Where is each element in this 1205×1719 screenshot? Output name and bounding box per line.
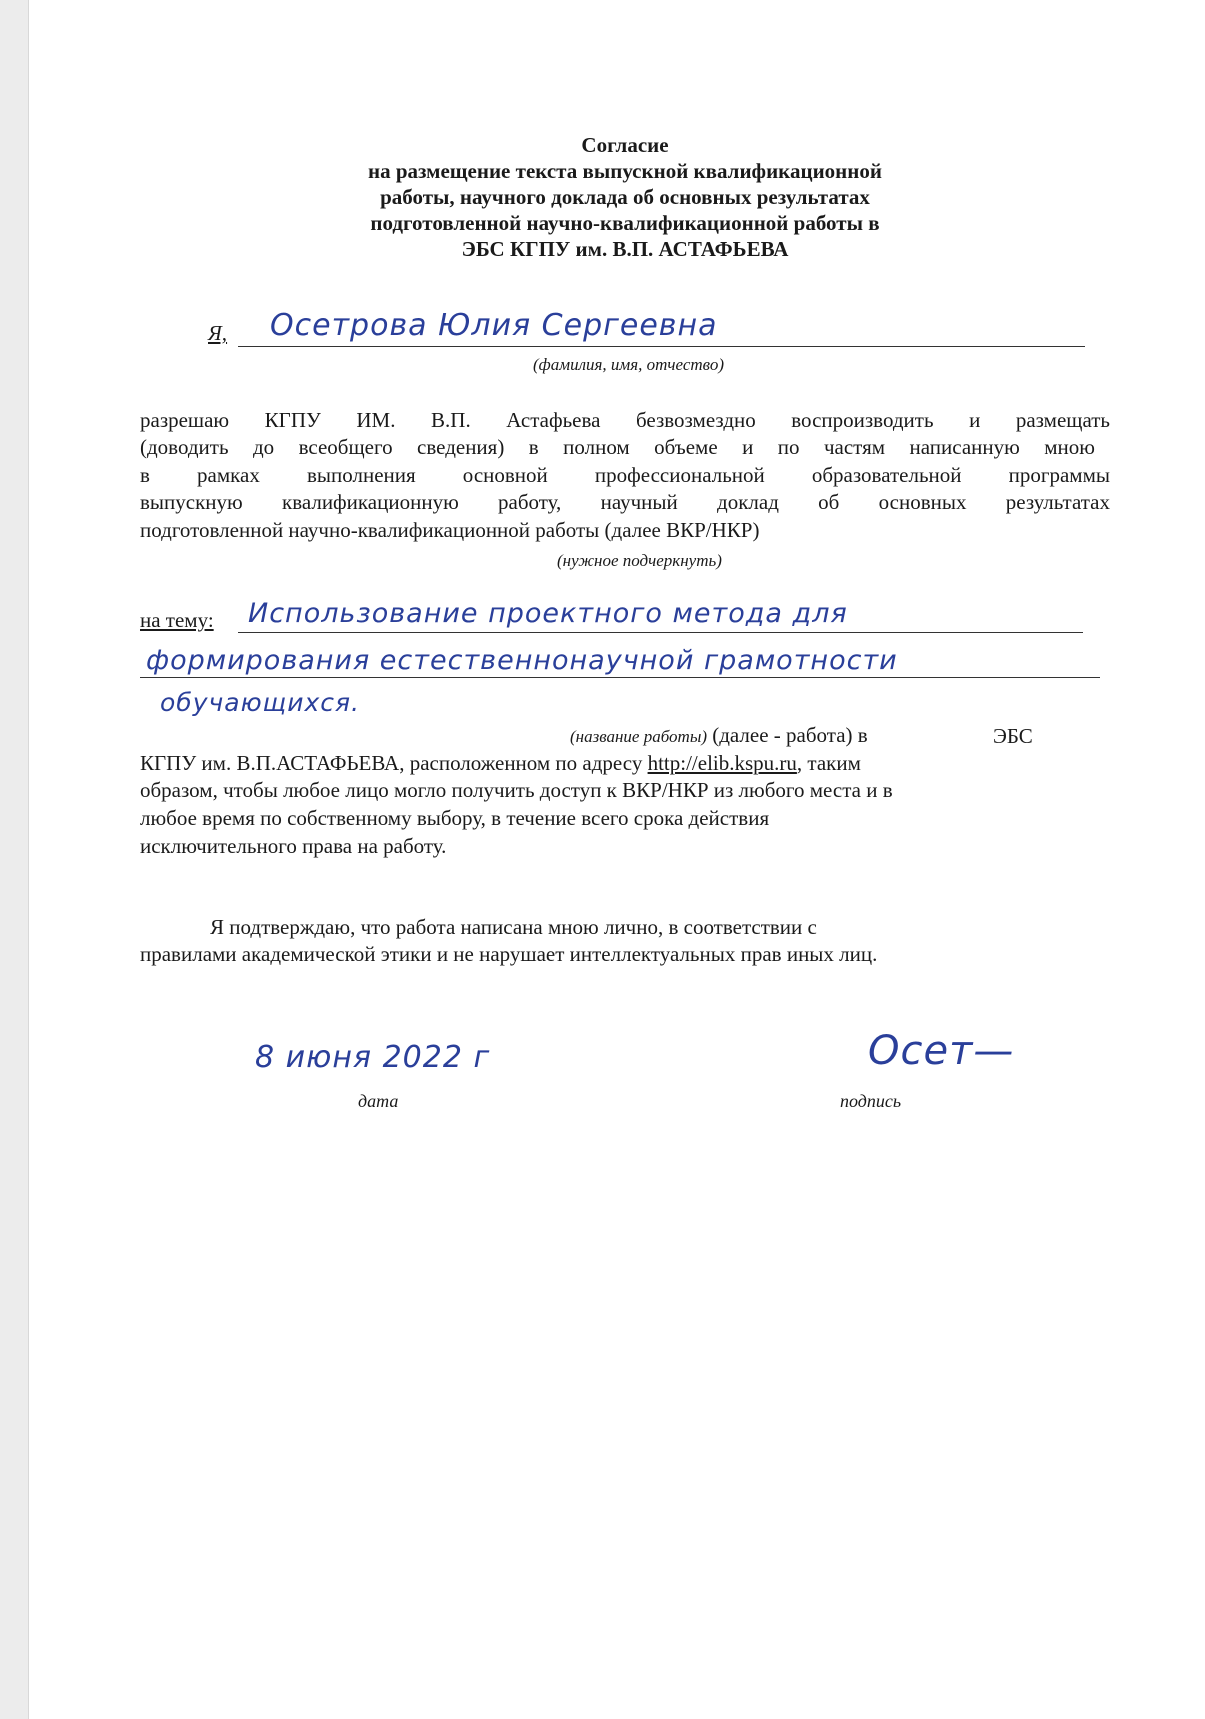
placement-line-4: исключительного права на работу. [140, 833, 446, 860]
topic-caption-row: (название работы) (далее - работа) в [570, 723, 868, 748]
placement-line-1-end: , таким [797, 751, 861, 775]
permission-line-5: подготовленной научно-квалификационной р… [140, 517, 759, 544]
topic-underline-1 [238, 632, 1083, 633]
topic-after-caption: (далее - работа) в [712, 723, 867, 747]
title-line-5: ЭБС КГПУ им. В.П. АСТАФЬЕВА [300, 236, 950, 262]
permission-line-2: (доводить до всеобщего сведения) в полно… [140, 434, 1095, 461]
title-line-1: Согласие [300, 132, 950, 158]
confirmation-line-2: правилами академической этики и не наруш… [140, 941, 877, 968]
date-value[interactable]: 8 июня 2022 г [255, 1040, 490, 1075]
document-title: Согласие на размещение текста выпускной … [300, 132, 950, 262]
title-line-2: на размещение текста выпускной квалифика… [300, 158, 950, 184]
placement-line-2: образом, чтобы любое лицо могло получить… [140, 777, 893, 804]
scan-edge [0, 0, 29, 1719]
name-label: Я, [208, 320, 227, 347]
permission-line-1: разрешаю КГПУ ИМ. В.П. Астафьева безвозм… [140, 407, 1110, 434]
title-line-3: работы, научного доклада об основных рез… [300, 184, 950, 210]
name-caption: (фамилия, имя, отчество) [533, 355, 724, 375]
placement-line-3: любое время по собственному выбору, в те… [140, 805, 769, 832]
signature[interactable]: Осет— [868, 1028, 1014, 1074]
name-underline [238, 346, 1085, 347]
placement-line-1: КГПУ им. В.П.АСТАФЬЕВА, расположенном по… [140, 750, 861, 777]
date-caption: дата [358, 1091, 398, 1112]
topic-label: на тему: [140, 607, 214, 634]
confirmation-line-1: Я подтверждаю, что работа написана мною … [210, 914, 817, 941]
title-line-4: подготовленной научно-квалификационной р… [300, 210, 950, 236]
topic-value-line-2[interactable]: формирования естественнонаучной грамотно… [146, 645, 898, 676]
name-value[interactable]: Осетрова Юлия Сергеевна [270, 308, 717, 343]
permission-line-3: в рамках выполнения основной профессиона… [140, 462, 1110, 489]
underline-hint: (нужное подчеркнуть) [557, 551, 722, 571]
ebs-label: ЭБС [993, 723, 1033, 750]
signature-caption: подпись [840, 1091, 901, 1112]
topic-value-line-1[interactable]: Использование проектного метода для [248, 598, 848, 629]
topic-value-line-3[interactable]: обучающихся. [160, 688, 360, 717]
placement-line-1-start: КГПУ им. В.П.АСТАФЬЕВА, расположенном по… [140, 751, 648, 775]
topic-underline-2 [140, 677, 1100, 678]
topic-caption: (название работы) [570, 727, 707, 746]
permission-line-4: выпускную квалификационную работу, научн… [140, 489, 1110, 516]
elib-link[interactable]: http://elib.kspu.ru [648, 751, 797, 775]
